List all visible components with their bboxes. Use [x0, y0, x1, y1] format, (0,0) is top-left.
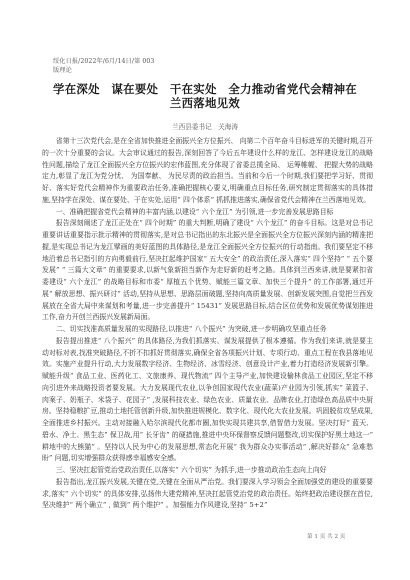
section-heading-3: 三、坚决扛起管党治党政治责任,以落实“ 六个切实” 为抓手,进一步推动政治生态向…	[42, 465, 373, 477]
paragraph-1: 报告深刻阐述了龙江正处在“ 四个时期” 的重大判断,明确了建设“ 六个龙江” 的…	[42, 218, 373, 324]
paragraph-2: 报告提出推进“ 八个振兴” 的具体路径,为我们抓落实、谋发展提供了根本遵循。作为…	[42, 336, 373, 465]
source-line: 绥化日报/2022年/6月/14日/第 003	[53, 58, 154, 67]
author-byline: 兰西县委书记 关海涛	[40, 121, 370, 131]
paragraph-3: 报告指出,龙江振兴发展,关键在党,关键在全面从严治党。我们要深入学习领会全面加强…	[42, 477, 373, 512]
page-number: 第 1 页 共 2 页	[307, 532, 345, 540]
section-heading-2: 二、切实找准高质量发展的实现路径,以推进“ 八个振兴” 为突破,进一步明确攻坚重…	[42, 324, 373, 336]
article-body: 省第十三次党代会,是在全省加快推进全面振兴全方位振兴、 向第二个百年奋斗目标进军…	[42, 136, 373, 512]
title-line-1: 学在深处 谋在要处 干在实处 全力推动省党代会精神在	[40, 82, 370, 96]
title-line-2: 兰西落地见效	[40, 96, 370, 110]
source-info: 绥化日报/2022年/6月/14日/第 003 版理论	[53, 58, 154, 75]
document-page: 绥化日报/2022年/6月/14日/第 003 版理论 学在深处 谋在要处 干在…	[0, 0, 410, 580]
article-title: 学在深处 谋在要处 干在实处 全力推动省党代会精神在 兰西落地见效	[40, 82, 370, 110]
paragraph-intro: 省第十三次党代会,是在全省加快推进全面振兴全方位振兴、 向第二个百年奋斗目标进军…	[42, 136, 373, 207]
section-heading-1: 一、准确把握省党代会精神的丰富内涵,以建设“ 六个龙江” 为引领,进一步完善发展…	[42, 207, 373, 219]
section-line: 版理论	[53, 67, 154, 76]
